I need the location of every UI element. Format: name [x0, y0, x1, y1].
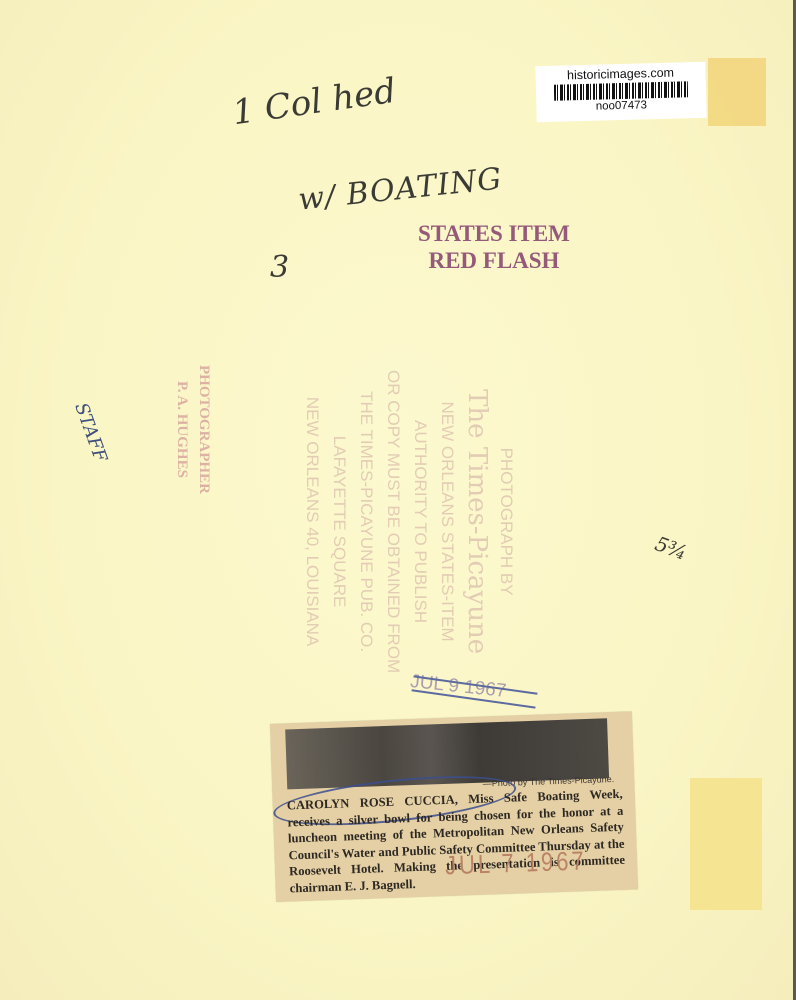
copyright-line: AUTHORITY TO PUBLISH	[407, 370, 434, 673]
copyright-line: LAFAYETTE SQUARE	[326, 370, 353, 673]
copyright-line: NEW ORLEANS STATES-ITEM	[434, 370, 461, 673]
photographer-name: P. A. HUGHES	[171, 365, 193, 494]
tape-top-right	[708, 58, 766, 126]
red-flash-stamp: STATES ITEM RED FLASH	[418, 220, 570, 274]
tape-bottom-right	[690, 778, 762, 910]
copyright-line: The Times-Picayune	[461, 370, 493, 673]
clipping-date-stamp: JUL 7 1967	[445, 845, 588, 881]
red-stamp-line1: STATES ITEM	[418, 220, 570, 247]
copyright-line: THE TIMES-PICAYUNE PUB. CO.	[353, 370, 380, 673]
photographer-title: PHOTOGRAPHER	[193, 365, 215, 494]
copyright-line: NEW ORLEANS 40, LOUISIANA	[299, 370, 326, 673]
barcode-label: historicimages.com noo07473	[535, 62, 706, 122]
copyright-line: PHOTOGRAPH BY	[493, 370, 520, 673]
red-stamp-line2: RED FLASH	[418, 247, 570, 274]
copyright-stamp: PHOTOGRAPH BY The Times-Picayune NEW ORL…	[299, 370, 520, 673]
photographer-stamp: PHOTOGRAPHER P. A. HUGHES	[171, 365, 215, 494]
newspaper-clipping: —Photo by The Times-Picayune. CAROLYN RO…	[270, 711, 638, 902]
copyright-line: OR COPY MUST BE OBTAINED FROM	[380, 370, 407, 673]
handwriting-line3: 3	[270, 250, 289, 285]
